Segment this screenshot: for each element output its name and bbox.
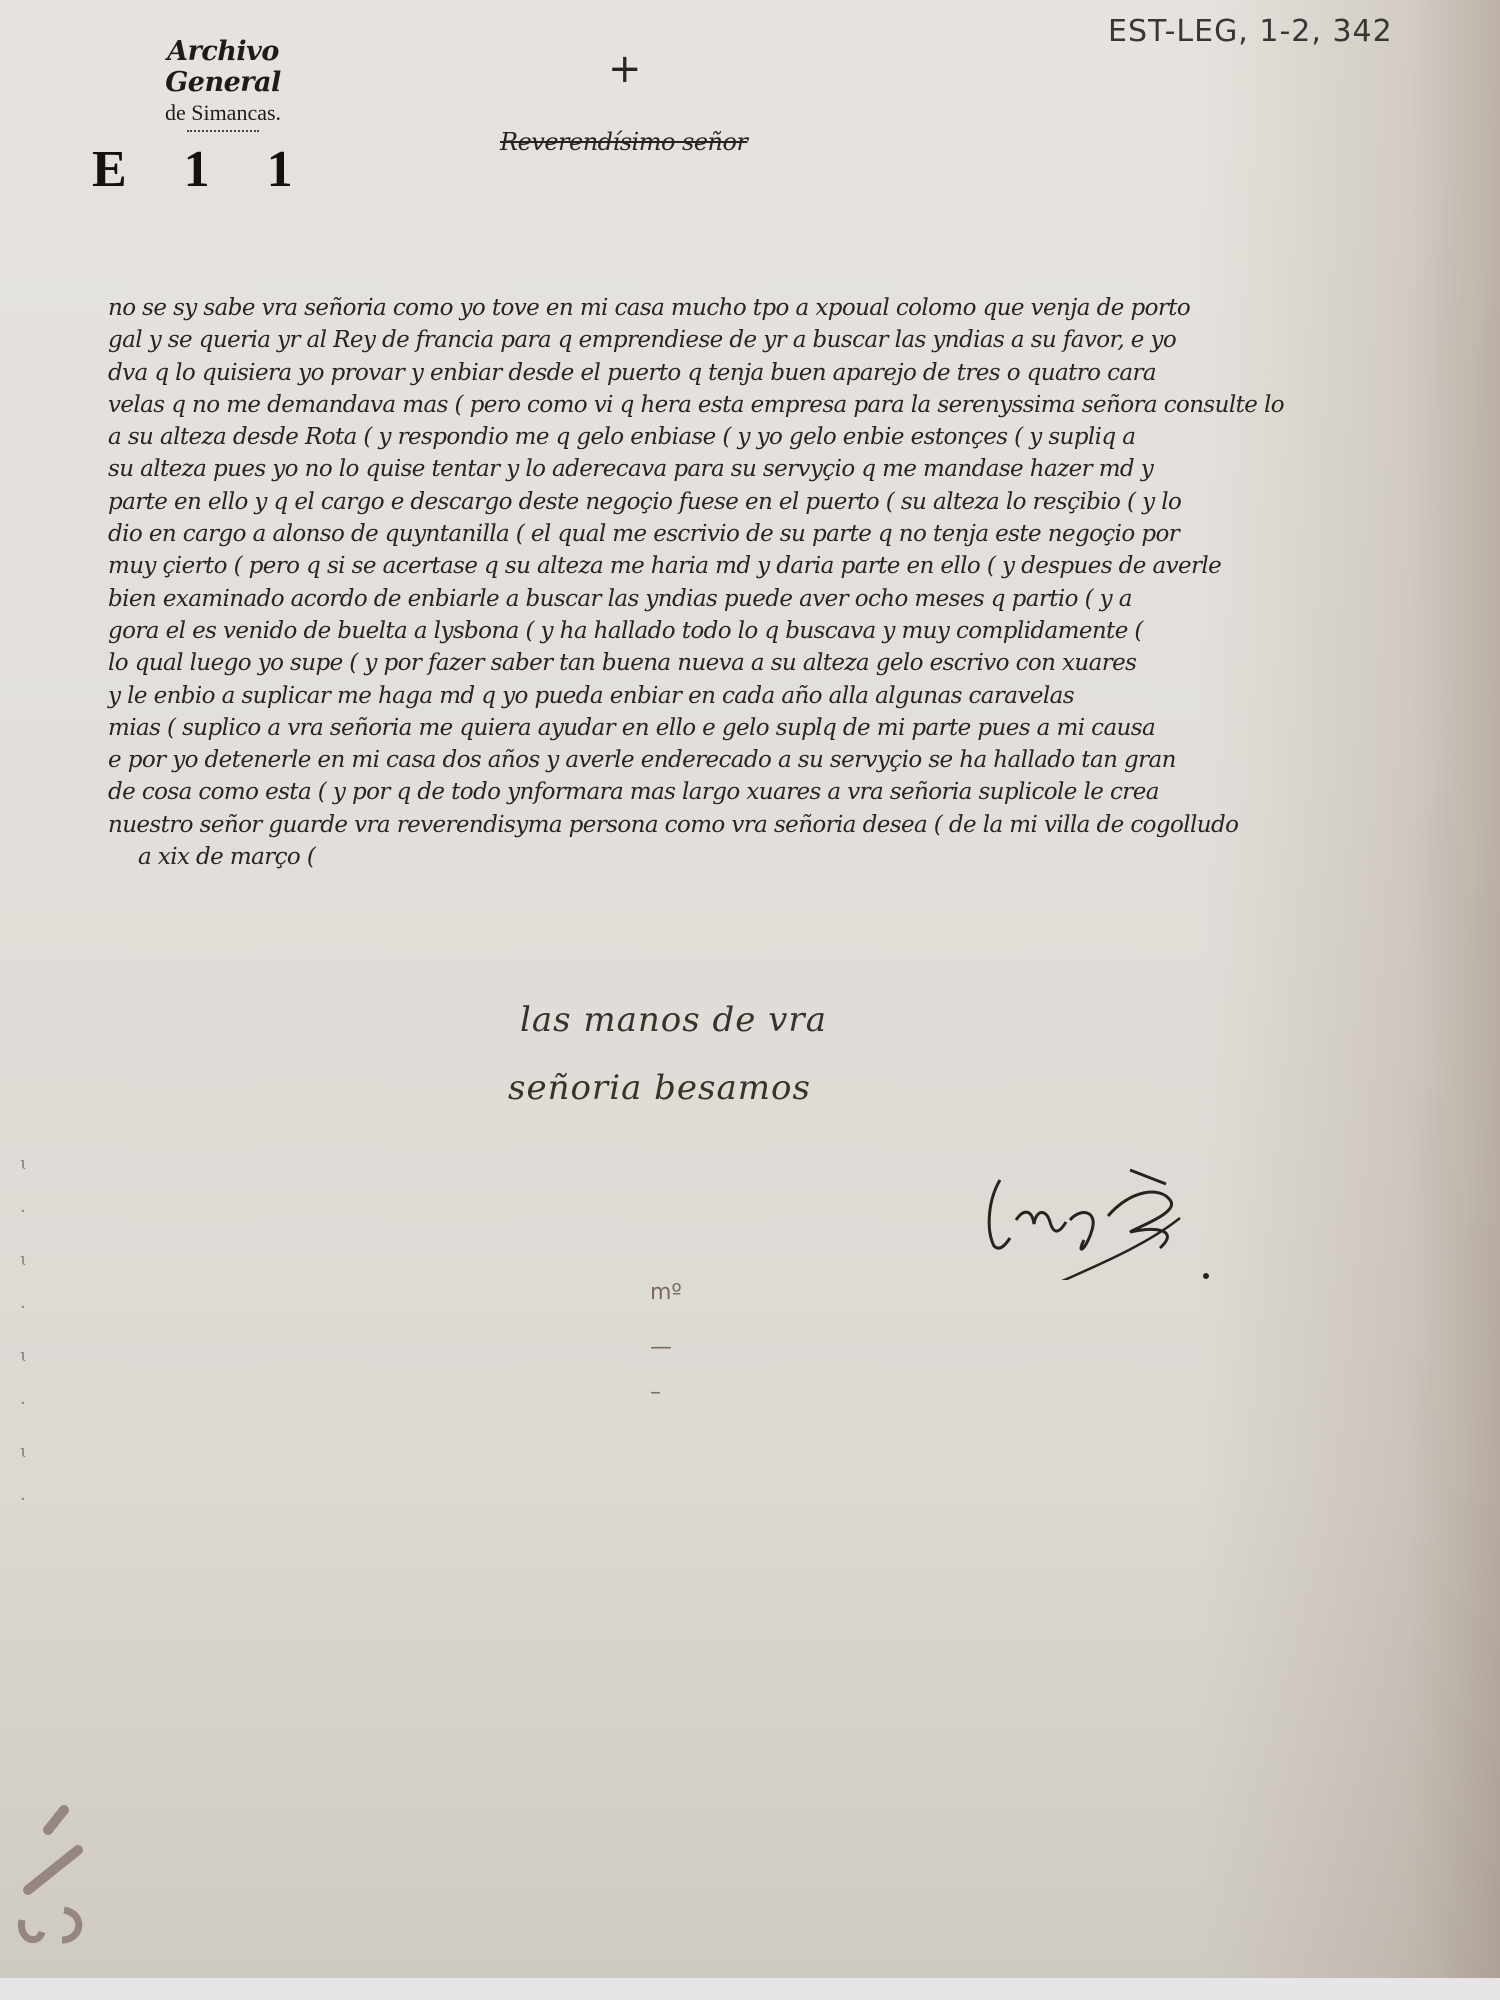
letter-body: no se sy sabe vra señoria como yo tove e… xyxy=(108,292,1458,873)
body-line: gal y se queria yr al Rey de francia par… xyxy=(108,324,1458,356)
body-line: a xix de março ( xyxy=(108,841,1458,873)
body-line: e por yo detenerle en mi casa dos años y… xyxy=(108,744,1458,776)
body-line: mias ( suplico a vra señoria me quiera a… xyxy=(108,712,1458,744)
scan-bottom-margin xyxy=(0,1978,1500,2000)
center-marks: mº — – xyxy=(650,1280,682,1405)
archive-stamp: Archivo General de Simancas. xyxy=(118,36,328,132)
body-line: nuestro señor guarde vra reverendisyma p… xyxy=(108,809,1458,841)
body-line: parte en ello y q el cargo e descargo de… xyxy=(108,486,1458,518)
body-line: lo qual luego yo supe ( y por fazer sabe… xyxy=(108,647,1458,679)
mark: — xyxy=(650,1335,682,1360)
body-line: a su alteza desde Rota ( y respondio me … xyxy=(108,421,1458,453)
cross-icon: + xyxy=(608,46,642,92)
body-line: su alteza pues yo no lo quise tentar y l… xyxy=(108,453,1458,485)
body-line: muy çierto ( pero q si se acertase q su … xyxy=(108,550,1458,582)
margin-marks: ɩ·ɩ·ɩ·ɩ· xyxy=(20,1140,27,1524)
body-line: bien examinado acordo de enbiarle a busc… xyxy=(108,583,1458,615)
archive-stamp-line2: de Simancas. xyxy=(118,100,328,126)
mark: mº xyxy=(650,1280,682,1305)
closing-formula: las manos de vra señoria besamos xyxy=(520,1000,827,1108)
document-page: Archivo General de Simancas. E 1 1 EST-L… xyxy=(0,0,1500,1978)
body-line: gora el es venido de buelta a lysbona ( … xyxy=(108,615,1458,647)
signature-flourish-icon xyxy=(980,1160,1320,1280)
body-line: no se sy sabe vra señoria como yo tove e… xyxy=(108,292,1458,324)
body-line: dva q lo quisiera yo provar y enbiar des… xyxy=(108,357,1458,389)
signature: El Duque xyxy=(980,1160,1320,1280)
body-line: velas q no me demandava mas ( pero como … xyxy=(108,389,1458,421)
catalog-reference: EST-LEG, 1-2, 342 xyxy=(1108,14,1393,49)
body-line: y le enbio a suplicar me haga md q yo pu… xyxy=(108,680,1458,712)
corner-scrawl-icon xyxy=(8,1790,98,1950)
corner-mark: 63 xyxy=(8,1790,98,1950)
salutation-heading: Reverendísimo señor xyxy=(500,128,747,156)
mark: – xyxy=(650,1380,682,1405)
shelfmark: E 1 1 xyxy=(92,140,315,199)
body-line: de cosa como esta ( y por q de todo ynfo… xyxy=(108,776,1458,808)
archive-stamp-line1: Archivo General xyxy=(118,36,328,98)
closing-line2: señoria besamos xyxy=(508,1068,827,1108)
stamp-rule xyxy=(187,130,259,132)
closing-line1: las manos de vra xyxy=(520,1000,827,1040)
body-line: dio en cargo a alonso de quyntanilla ( e… xyxy=(108,518,1458,550)
